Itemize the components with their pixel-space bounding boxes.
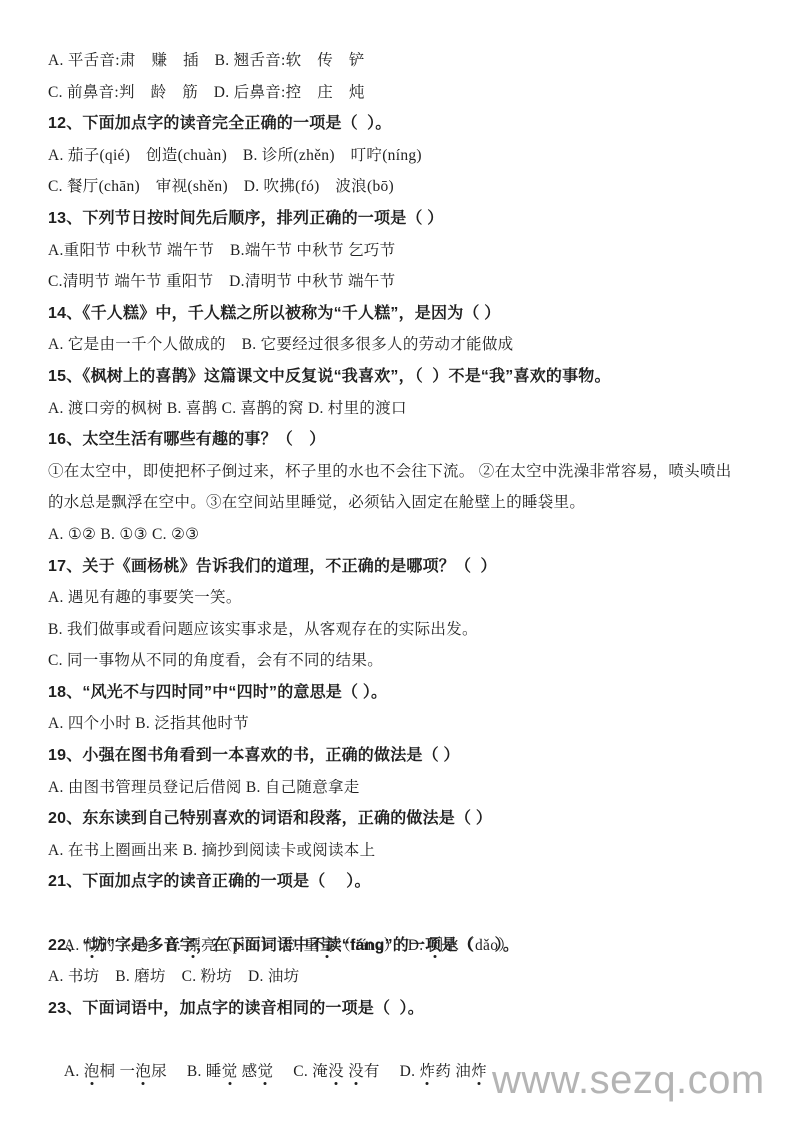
dotted-char: 似 <box>84 937 100 955</box>
q12-options-row-2: C. 餐厅(chān) 审视(shěn) D. 吹拂(fó) 波浪(bō) <box>48 171 762 203</box>
text-segment: 有 D. <box>364 1063 420 1080</box>
q17-option-a: A. 遇见有趣的事要笑一笑。 <box>48 582 762 614</box>
dotted-char: 泡 <box>84 1063 100 1081</box>
q13-options-row-2: C.清明节 端午节 重阳节 D.清明节 中秋节 端午节 <box>48 266 762 298</box>
dotted-char: 泡 <box>135 1063 151 1081</box>
q21-options: A. 似的（sì） B. 漂亮（piào） C. 重量（liáng） D. 倒水… <box>48 898 762 930</box>
text-segment: A. <box>64 1063 84 1080</box>
q15-options: A. 渡口旁的枫树 B. 喜鹊 C. 喜鹊的窝 D. 村里的渡口 <box>48 393 762 425</box>
q12-heading: 12、下面加点字的读音完全正确的一项是（ ）。 <box>48 108 762 140</box>
text-segment: 药 油 <box>435 1063 471 1080</box>
site-watermark: www.sezq.com <box>492 1058 765 1103</box>
q17-option-c: C. 同一事物从不同的角度看，会有不同的结果。 <box>48 645 762 677</box>
q21-heading: 21、下面加点字的读音正确的一项是（ ）。 <box>48 866 762 898</box>
dotted-char: 漂 <box>185 937 201 955</box>
dotted-char: 倒 <box>428 937 444 955</box>
q23-options: A. 泡桐 一泡尿 B. 睡觉 感觉 C. 淹没 没有 D. 炸药 油炸 <box>48 1024 762 1056</box>
q16-body-1: ①在太空中，即使把杯子倒过来，杯子里的水也不会往下流。 ②在太空中洗澡非常容易，… <box>48 456 762 488</box>
q22-heading: 22、“坊”字是多音字，在下面词语中不读“fáng”的一项是（ ）。 <box>48 930 762 962</box>
dotted-char: 炸 <box>420 1063 436 1081</box>
dotted-char: 觉 <box>222 1063 238 1081</box>
dotted-char: 没 <box>348 1063 364 1081</box>
dotted-char: 量 <box>319 937 335 955</box>
q12-options-row-1: A. 茄子(qié) 创造(chuàn) B. 诊所(zhěn) 叮咛(níng… <box>48 140 762 172</box>
text-segment: 尿 B. 睡 <box>151 1063 222 1080</box>
text-segment: 桐 一 <box>100 1063 136 1080</box>
q11-options-row-1: A. 平舌音:肃 赚 插 B. 翘舌音:软 传 铲 <box>48 45 762 77</box>
text-segment: 感 <box>238 1063 258 1080</box>
q23-heading: 23、下面词语中，加点字的读音相同的一项是（ ）。 <box>48 993 762 1025</box>
q18-options: A. 四个小时 B. 泛指其他时节 <box>48 708 762 740</box>
q19-options: A. 由图书管理员登记后借阅 B. 自己随意拿走 <box>48 772 762 804</box>
q17-option-b: B. 我们做事或看问题应该实事求是，从客观存在的实际出发。 <box>48 614 762 646</box>
q16-options: A. ①② B. ①③ C. ②③ <box>48 519 762 551</box>
exam-page: { "page": { "background": "#ffffff", "te… <box>0 0 800 1131</box>
q16-body-2: 的水总是飘浮在空中。③在空间站里睡觉，必须钻入固定在舱壁上的睡袋里。 <box>48 487 762 519</box>
q14-heading: 14、《千人糕》中，千人糕之所以被称为“千人糕”，是因为（ ） <box>48 298 762 330</box>
text-segment: C. 淹 <box>273 1063 328 1080</box>
q13-options-row-1: A.重阳节 中秋节 端午节 B.端午节 中秋节 乞巧节 <box>48 235 762 267</box>
q11-options-row-2: C. 前鼻音:判 龄 筋 D. 后鼻音:控 庄 炖 <box>48 77 762 109</box>
q19-heading: 19、小强在图书角看到一本喜欢的书，正确的做法是（ ） <box>48 740 762 772</box>
exam-text-block: A. 平舌音:肃 赚 插 B. 翘舌音:软 传 铲 C. 前鼻音:判 龄 筋 D… <box>48 45 762 1056</box>
dotted-char: 觉 <box>257 1063 273 1081</box>
q20-options: A. 在书上圈画出来 B. 摘抄到阅读卡或阅读本上 <box>48 835 762 867</box>
q17-heading: 17、关于《画杨桃》告诉我们的道理，不正确的是哪项？（ ） <box>48 551 762 583</box>
dotted-char: 没 <box>328 1063 344 1081</box>
q20-heading: 20、东东读到自己特别喜欢的词语和段落，正确的做法是（ ） <box>48 803 762 835</box>
q22-options: A. 书坊 B. 磨坊 C. 粉坊 D. 油坊 <box>48 961 762 993</box>
dotted-char: 炸 <box>471 1063 487 1081</box>
q15-heading: 15、《枫树上的喜鹊》这篇课文中反复说“我喜欢”，（ ）不是“我”喜欢的事物。 <box>48 361 762 393</box>
q16-heading: 16、太空生活有哪些有趣的事？（ ） <box>48 424 762 456</box>
q14-options: A. 它是由一千个人做成的 B. 它要经过很多很多人的劳动才能做成 <box>48 329 762 361</box>
q13-heading: 13、下列节日按时间先后顺序，排列正确的一项是（ ） <box>48 203 762 235</box>
q18-heading: 18、“风光不与四时同”中“四时”的意思是（ ）。 <box>48 677 762 709</box>
